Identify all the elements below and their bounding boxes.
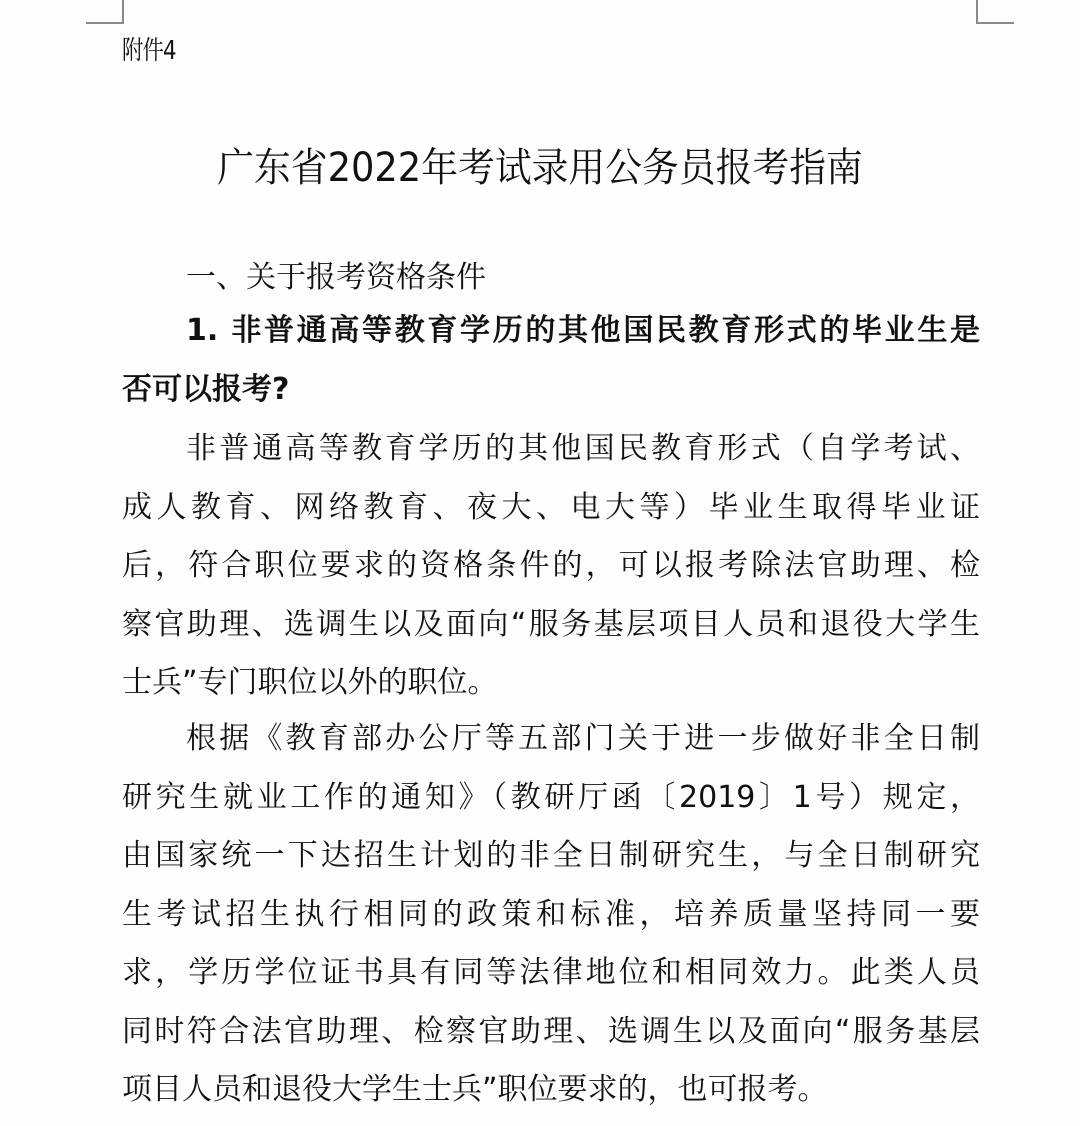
page-corner-mark-top-left — [86, 0, 124, 24]
section-heading: 一、关于报考资格条件 — [186, 252, 486, 296]
paragraph-1: 非普通高等教育学历的其他国民教育形式（自学考试、 成人教育、网络教育、夜大、电大… — [122, 420, 980, 713]
attachment-label: 附件4 — [122, 30, 176, 67]
question-line: 否可以报考? — [122, 361, 980, 420]
paragraph-line: 求，学历学位证书具有同等法律地位和相同效力。此类人员 — [122, 944, 980, 1003]
paragraph-line: 察官助理、选调生以及面向“服务基层项目人员和退役大学生 — [122, 596, 980, 655]
paragraph-line: 非普通高等教育学历的其他国民教育形式（自学考试、 — [122, 420, 980, 479]
paragraph-line: 生考试招生执行相同的政策和标准，培养质量坚持同一要 — [122, 886, 980, 945]
paragraph-line: 研究生就业工作的通知》（教研厅函〔2019〕1号）规定， — [122, 769, 980, 828]
paragraph-line: 同时符合法官助理、检察官助理、选调生以及面向“服务基层 — [122, 1003, 980, 1062]
paragraph-line: 由国家统一下达招生计划的非全日制研究生，与全日制研究 — [122, 827, 980, 886]
question-line: 1. 非普通高等教育学历的其他国民教育形式的毕业生是 — [122, 302, 980, 361]
paragraph-line: 成人教育、网络教育、夜大、电大等）毕业生取得毕业证 — [122, 479, 980, 538]
paragraph-line: 后，符合职位要求的资格条件的，可以报考除法官助理、检 — [122, 537, 980, 596]
page-corner-mark-top-right — [976, 0, 1014, 24]
paragraph-line: 根据《教育部办公厅等五部门关于进一步做好非全日制 — [122, 710, 980, 769]
paragraph-line: 士兵”专门职位以外的职位。 — [122, 654, 980, 713]
question-heading: 1. 非普通高等教育学历的其他国民教育形式的毕业生是 否可以报考? — [122, 302, 980, 419]
paragraph-line: 项目人员和退役大学生士兵”职位要求的，也可报考。 — [122, 1061, 980, 1120]
document-title: 广东省2022年考试录用公务员报考指南 — [43, 136, 1037, 193]
paragraph-2: 根据《教育部办公厅等五部门关于进一步做好非全日制 研究生就业工作的通知》（教研厅… — [122, 710, 980, 1120]
